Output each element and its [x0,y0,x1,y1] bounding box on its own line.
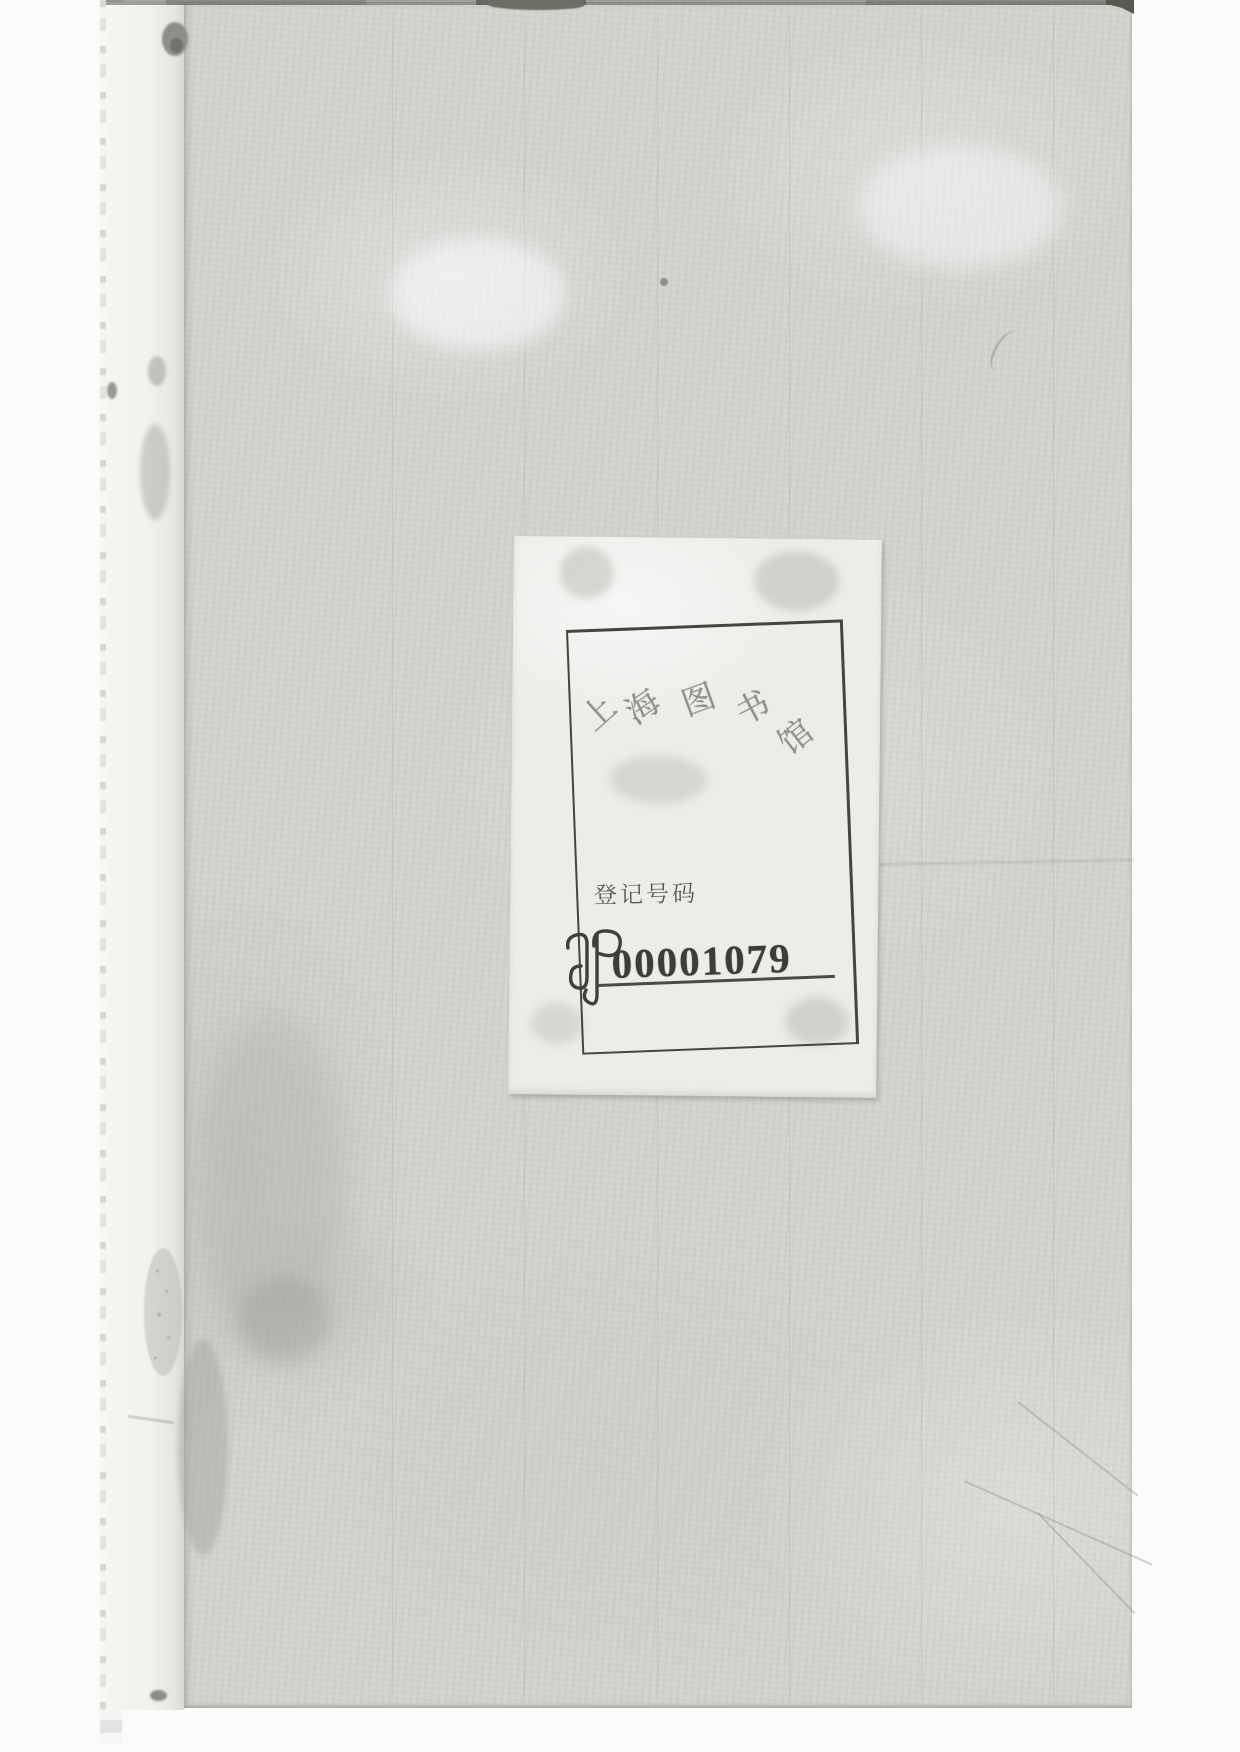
cover-top-edge [106,0,1134,5]
fold-line [921,14,922,1698]
spine-mark [148,356,166,386]
registration-number-label: 登记号码 [594,883,698,908]
fold-line [392,14,393,1698]
stain-light [858,146,1063,268]
torn-patch [144,1248,182,1376]
ink-dot [660,278,668,286]
tear-mark [170,38,183,53]
spine-streak [140,424,170,520]
spine-stain [178,1340,228,1555]
stain-dark [238,1278,330,1362]
fold-line [1053,14,1054,1698]
spine-strip [106,2,184,1710]
spine-speck [107,382,117,399]
bottom-speck [150,1690,167,1701]
stain-light [390,238,565,350]
paper-stain [753,551,840,612]
scanned-page: 上 海 图 书 馆 登记号码 00001079 [0,0,1240,1752]
paper-stain [559,546,614,599]
